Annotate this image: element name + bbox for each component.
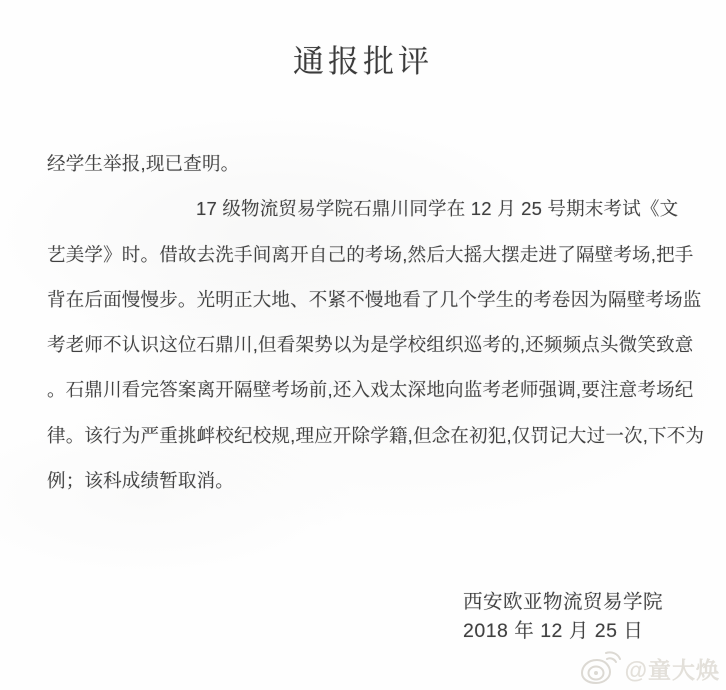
body-line: 考老师不认识这位石鼎川,但看架势以为是学校组织巡考的,还频频点头微笑致意 bbox=[47, 322, 692, 367]
document-body: 经学生举报,现已查明。 17 级物流贸易学院石鼎川同学在 12 月 25 号期末… bbox=[47, 141, 692, 503]
body-line: 17 级物流贸易学院石鼎川同学在 12 月 25 号期末考试《文 bbox=[47, 186, 692, 231]
watermark: @童大焕 bbox=[579, 650, 720, 686]
body-line: 。石鼎川看完答案离开隔壁考场前,还入戏太深地向监考老师强调,要注意考场纪 bbox=[47, 367, 692, 412]
photo-document: 通报批评 经学生举报,现已查明。 17 级物流贸易学院石鼎川同学在 12 月 2… bbox=[0, 0, 726, 690]
body-line: 例；该科成绩暂取消。 bbox=[47, 458, 692, 503]
body-line: 背在后面慢慢步。光明正大地、不紧不慢地看了几个学生的考卷因为隔壁考场监 bbox=[47, 277, 692, 322]
signature-block: 西安欧亚物流贸易学院 2018 年 12 月 25 日 bbox=[463, 588, 663, 646]
weibo-icon bbox=[579, 650, 621, 686]
document-title: 通报批评 bbox=[0, 36, 726, 81]
body-line: 律。该行为严重挑衅校纪校规,理应开除学籍,但念在初犯,仅罚记大过一次,下不为 bbox=[47, 413, 692, 458]
watermark-text: @童大焕 bbox=[625, 652, 720, 685]
signature-date: 2018 年 12 月 25 日 bbox=[463, 617, 663, 646]
body-line: 经学生举报,现已查明。 bbox=[47, 141, 692, 186]
body-line: 艺美学》时。借故去洗手间离开自己的考场,然后大摇大摆走进了隔壁考场,把手 bbox=[47, 232, 692, 277]
signature-org: 西安欧亚物流贸易学院 bbox=[463, 588, 663, 617]
